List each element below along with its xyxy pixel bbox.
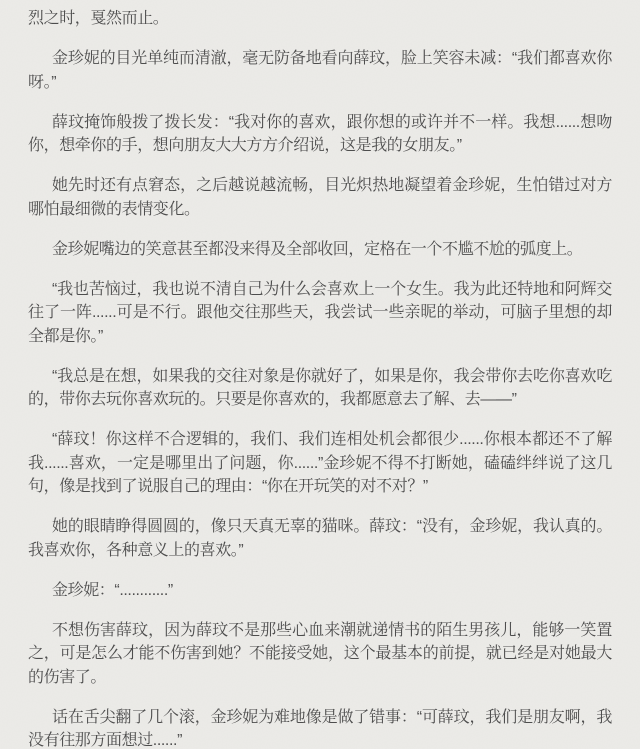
paragraph: 薛玟掩饰般拨了拨长发：“我对你的喜欢，跟你想的或许并不一样。我想......想吻… <box>28 111 612 158</box>
paragraph: 金珍妮嘴边的笑意甚至都没来得及全部收回，定格在一个不尴不尬的弧度上。 <box>28 238 612 262</box>
reader-page: 烈之时，戛然而止。金珍妮的目光单纯而清澈，毫无防备地看向薛玟，脸上笑容未减：“我… <box>0 0 640 749</box>
paragraph: “我总是在想，如果我的交往对象是你就好了，如果是你，我会带你去吃你喜欢吃的，带你… <box>28 365 612 412</box>
chapter-text: 烈之时，戛然而止。金珍妮的目光单纯而清澈，毫无防备地看向薛玟，脸上笑容未减：“我… <box>0 0 640 749</box>
paragraph: 话在舌尖翻了几个滚，金珍妮为难地像是做了错事：“可薛玟，我们是朋友啊，我没有往那… <box>28 706 612 749</box>
paragraph: “薛玟！你这样不合逻辑的，我们、我们连相处机会都很少......你根本都还不了解… <box>28 428 612 499</box>
paragraph: 烈之时，戛然而止。 <box>28 7 612 31</box>
paragraph: 不想伤害薛玟，因为薛玟不是那些心血来潮就递情书的陌生男孩儿，能够一笑置之，可是怎… <box>28 619 612 690</box>
paragraph: 金珍妮的目光单纯而清澈，毫无防备地看向薛玟，脸上笑容未减：“我们都喜欢你呀。” <box>28 47 612 94</box>
paragraph: 金珍妮：“............” <box>28 579 612 603</box>
paragraph: “我也苦恼过，我也说不清自己为什么会喜欢上一个女生。我为此还特地和阿辉交往了一阵… <box>28 278 612 349</box>
paragraph: 她的眼睛睁得圆圆的，像只天真无辜的猫咪。薛玟：“没有，金珍妮，我认真的。我喜欢你… <box>28 515 612 562</box>
paragraph: 她先时还有点窘态，之后越说越流畅，目光炽热地凝望着金珍妮，生怕错过对方哪怕最细微… <box>28 174 612 221</box>
